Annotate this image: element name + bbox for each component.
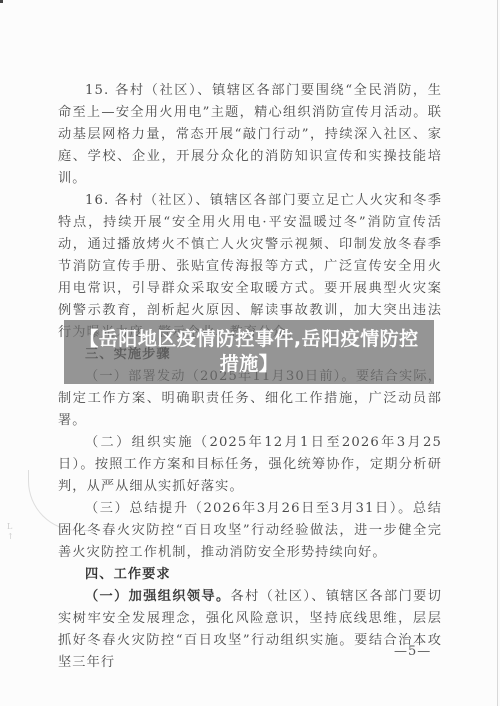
- step-summarize: （三）总结提升（2026年3月26日至3月31日）。总结固化冬春火灾防控“百日攻…: [58, 498, 442, 564]
- requirement-leadership: （一）加强组织领导。各村（社区）、镇辖区各部门要切实树牢安全发展理念，强化风险意…: [58, 586, 442, 674]
- overlay-title: 【岳阳地区疫情防控事件,岳阳疫情防控措施】: [74, 327, 424, 377]
- scan-corner-mark: [0, 0, 3, 3]
- paragraph-15: 15. 各村（社区）、镇辖区各部门要围绕“全民消防，生命至上—安全用火用电”主题…: [58, 80, 442, 190]
- title-overlay-banner: 【岳阳地区疫情防控事件,岳阳疫情防控措施】: [64, 320, 434, 384]
- step-implement: （二）组织实施（2025年12月1日至2026年3月25日）。按照工作方案和目标…: [58, 432, 442, 498]
- requirement-leadership-lead: （一）加强组织领导。: [85, 589, 231, 604]
- step-implement-text: 按照工作方案和目标任务，强化统筹协作，定期分析研判，从严从细从实抓好落实。: [58, 457, 442, 494]
- margin-tick-mark: L: [7, 522, 12, 531]
- page-number: —5—: [394, 644, 431, 659]
- step-summarize-lead: （三）总结提升（2026年3月26日至3月31日）。: [85, 501, 413, 516]
- margin-tick-mark: ↑: [7, 532, 14, 541]
- section-heading-work-requirements: 四、工作要求: [58, 564, 442, 586]
